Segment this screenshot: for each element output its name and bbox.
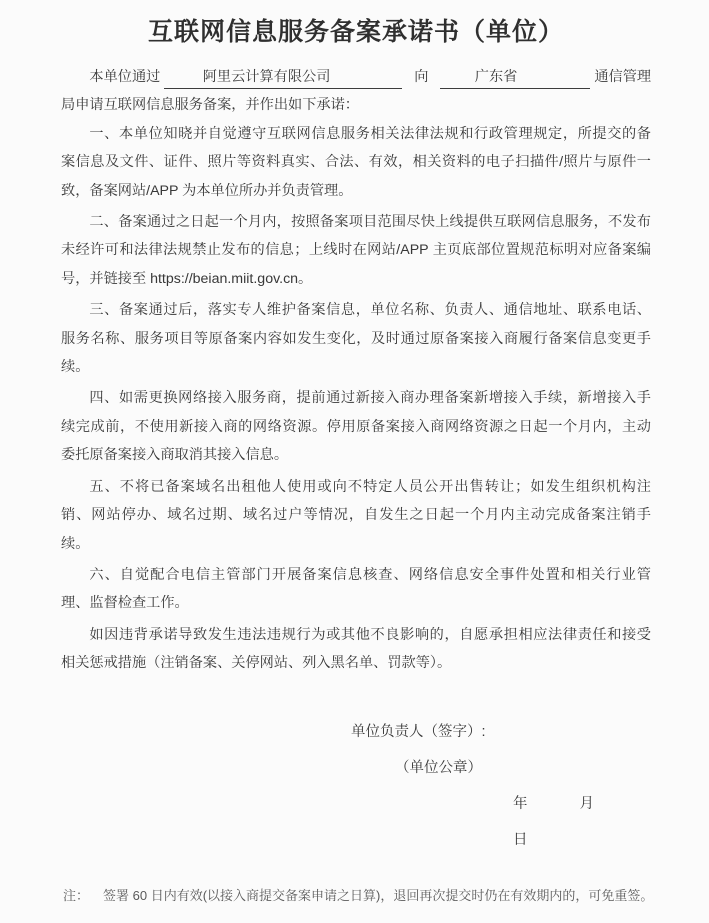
paragraph-line: 续。 [61, 530, 651, 558]
paragraph-line: 案信息及文件、证件、照片等资料真实、合法、有效，相关资料的电子扫描件/照片与原件… [61, 148, 651, 176]
footnote-text: 签署 60 日内有效(以接入商提交备案申请之日算)，退回再次提交时仍在有效期内的… [103, 888, 653, 903]
paragraph-line: 续。 [61, 353, 651, 381]
paragraph: 如因违背承诺导致发生违法违规行为或其他不良影响的，自愿承担相应法律责任和接受相关… [61, 621, 651, 678]
intro-paragraph: 本单位通过 阿里云计算有限公司 向 广东省 通信管理 局申请互联网信息服务备案，… [61, 63, 651, 120]
intro-prefix: 本单位通过 [89, 69, 160, 85]
intro-line-1: 本单位通过 阿里云计算有限公司 向 广东省 通信管理 [61, 63, 651, 91]
paragraph-line: 相关惩戒措施（注销备案、关停网站、列入黑名单、罚款等）。 [61, 649, 651, 677]
provider-blank: 阿里云计算有限公司 [164, 67, 402, 89]
signer-label: 单位负责人（签字）: [351, 714, 651, 750]
seal-label: （单位公章） [351, 750, 651, 786]
date-year-label: 年 [513, 796, 528, 812]
footnote: 注：签署 60 日内有效(以接入商提交备案申请之日算)，退回再次提交时仍在有效期… [63, 886, 653, 906]
paragraph: 二、备案通过之日起一个月内，按照备案项目范围尽快上线提供互联网信息服务，不发布未… [61, 208, 651, 293]
paragraph-line: 未经许可和法律法规禁止发布的信息；上线时在网站/APP 主页底部位置规范标明对应… [61, 236, 651, 264]
document-page: 互联网信息服务备案承诺书（单位） 本单位通过 阿里云计算有限公司 向 广东省 通… [0, 0, 709, 858]
paragraph: 三、备案通过后，落实专人维护备案信息，单位名称、负责人、通信地址、联系电话、服务… [61, 296, 651, 381]
paragraph: 四、如需更换网络接入服务商，提前通过新接入商办理备案新增接入手续，新增接入手续完… [61, 384, 651, 469]
paragraph-line: 三、备案通过后，落实专人维护备案信息，单位名称、负责人、通信地址、联系电话、 [61, 296, 651, 324]
paragraph-line: 服务名称、服务项目等原备案内容如发生变化，及时通过原备案接入商履行备案信息变更手 [61, 325, 651, 353]
document-body: 本单位通过 阿里云计算有限公司 向 广东省 通信管理 局申请互联网信息服务备案，… [61, 63, 651, 858]
region-blank: 广东省 [440, 67, 590, 89]
paragraph-line: 续完成前，不使用新接入商的网络资源。停用原备案接入商网络资源之日起一个月内，主动 [61, 413, 651, 441]
intro-suffix: 通信管理 [594, 69, 651, 85]
date-month-label: 月 [580, 796, 595, 812]
intro-word-to: 向 [414, 69, 428, 85]
paragraph: 一、本单位知晓并自觉遵守互联网信息服务相关法律法规和行政管理规定，所提交的备案信… [61, 120, 651, 205]
paragraph-line: 二、备案通过之日起一个月内，按照备案项目范围尽快上线提供互联网信息服务，不发布 [61, 208, 651, 236]
provider-value: 阿里云计算有限公司 [203, 69, 331, 85]
paragraph-line: 委托原备案接入商取消其接入信息。 [61, 441, 651, 469]
intro-line-2: 局申请互联网信息服务备案，并作出如下承诺： [61, 91, 651, 119]
paragraph-line: 六、自觉配合电信主管部门开展备案信息核查、网络信息安全事件处置和相关行业管 [61, 561, 651, 589]
paragraph-line: 四、如需更换网络接入服务商，提前通过新接入商办理备案新增接入手续，新增接入手 [61, 384, 651, 412]
footnote-label: 注： [63, 888, 89, 903]
document-title: 互联网信息服务备案承诺书（单位） [61, 14, 651, 50]
paragraph-line: 理、监督检查工作。 [61, 589, 651, 617]
paragraph-line: 五、不将已备案域名出租他人使用或向不特定人员公开出售转让；如发生组织机构注 [61, 473, 651, 501]
paragraph-line: 号，并链接至 https://beian.miit.gov.cn。 [61, 265, 651, 293]
paragraph: 五、不将已备案域名出租他人使用或向不特定人员公开出售转让；如发生组织机构注销、网… [61, 473, 651, 558]
region-value: 广东省 [475, 69, 518, 85]
paragraph-line: 销、网站停办、域名过期、域名过户等情况，自发生之日起一个月内主动完成备案注销手 [61, 501, 651, 529]
paragraph-line: 一、本单位知晓并自觉遵守互联网信息服务相关法律法规和行政管理规定，所提交的备 [61, 120, 651, 148]
paragraph-line: 如因违背承诺导致发生违法违规行为或其他不良影响的，自愿承担相应法律责任和接受 [61, 621, 651, 649]
signature-block: 单位负责人（签字）: （单位公章） 年 月 日 [351, 714, 651, 858]
paragraph: 六、自觉配合电信主管部门开展备案信息核查、网络信息安全事件处置和相关行业管理、监… [61, 561, 651, 618]
date-line: 年 月 日 [351, 786, 651, 858]
date-day-label: 日 [513, 832, 528, 848]
paragraph-line: 致，备案网站/APP 为本单位所办并负责管理。 [61, 177, 651, 205]
paragraphs: 一、本单位知晓并自觉遵守互联网信息服务相关法律法规和行政管理规定，所提交的备案信… [61, 120, 651, 678]
